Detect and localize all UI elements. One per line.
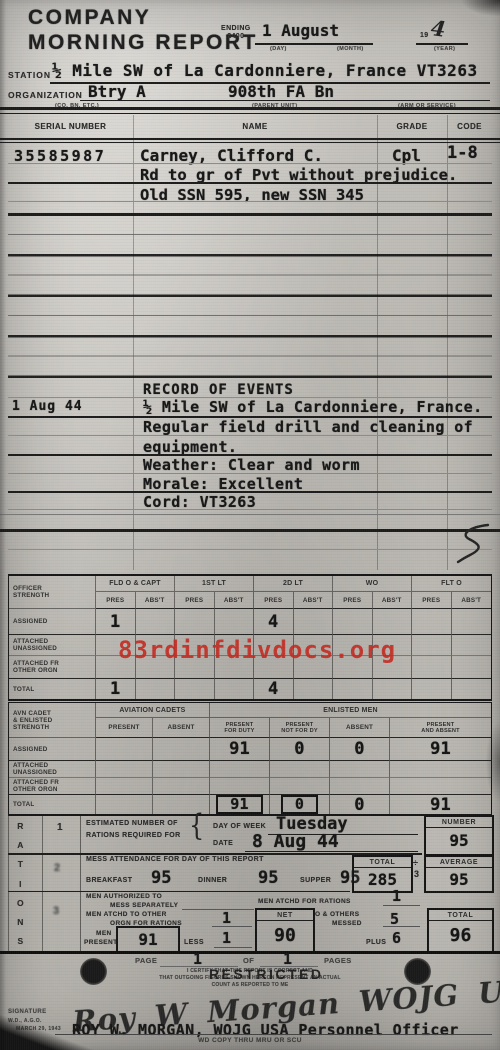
cell xyxy=(136,609,176,635)
station-label: STATION xyxy=(8,70,51,80)
cell xyxy=(215,609,255,635)
col-absent: ABSENT xyxy=(330,718,390,738)
enlisted-assigned-absent: 0 xyxy=(354,739,364,759)
subheader-abst: ABS'T xyxy=(215,592,255,609)
dinner-value: 95 xyxy=(258,868,278,888)
scan-artifact-left-edge xyxy=(0,0,6,1050)
organization-label: ORGANIZATION xyxy=(8,90,83,100)
subheader-pres: PRES xyxy=(175,592,215,609)
cell xyxy=(96,795,153,814)
group-fld-o-capt: FLD O & CAPT xyxy=(96,576,175,592)
less-label: LESS xyxy=(184,939,204,946)
less-value: 1 xyxy=(222,929,231,947)
rations-side-label: R A T I O N S xyxy=(17,817,24,951)
subheader-pres: PRES xyxy=(96,592,136,609)
enlisted-total-pfd: 91 xyxy=(216,795,262,814)
cell xyxy=(412,609,452,635)
mess-average-box: AVERAGE 95 xyxy=(424,855,494,893)
rations-item-2: 2 xyxy=(54,862,61,874)
cell xyxy=(330,778,390,795)
enlisted-total-pnfd: 0 xyxy=(281,795,318,814)
subheader-pres: PRES xyxy=(333,592,373,609)
col-header-code: CODE xyxy=(447,122,492,131)
cell xyxy=(96,761,153,778)
men-atchd-other-value: 1 xyxy=(222,909,231,927)
col-present-not-for-duty: PRESENT NOT FOR DY xyxy=(270,718,330,738)
row-label-total: TOTAL xyxy=(9,795,96,814)
rations-date-label: DATE xyxy=(213,840,233,847)
scan-artifact-top-right xyxy=(458,0,500,18)
cell xyxy=(452,609,492,635)
cell xyxy=(270,761,330,778)
roster-code-value: 1-8 xyxy=(447,143,478,163)
cell xyxy=(270,778,330,795)
cell xyxy=(412,656,452,679)
cell xyxy=(153,761,210,778)
year-handwritten-value: 4 xyxy=(430,15,448,42)
subheader-abst: ABS'T xyxy=(373,592,413,609)
group-flt-o: FLT O xyxy=(412,576,491,592)
group-aviation-cadets: AVIATION CADETS xyxy=(96,703,210,718)
number-box-value: 95 xyxy=(449,828,468,855)
row-label-attached-unassigned: ATTACHED UNASSIGNED xyxy=(9,761,96,778)
subheader-abst: ABS'T xyxy=(452,592,492,609)
cell xyxy=(96,738,153,761)
page-label: PAGE xyxy=(135,956,157,965)
col-present-for-duty: PRESENT FOR DUTY xyxy=(210,718,270,738)
breakfast-label: BREAKFAST xyxy=(86,877,132,884)
cell xyxy=(175,679,215,699)
cell xyxy=(330,761,390,778)
cell xyxy=(136,679,176,699)
day-sublabel: (DAY) xyxy=(270,46,287,52)
cell xyxy=(96,778,153,795)
cell xyxy=(210,761,270,778)
rations-grand-total-box: TOTAL 96 xyxy=(427,908,494,953)
subheader-pres: PRES xyxy=(254,592,294,609)
cell xyxy=(373,609,413,635)
record-of-events-title: RECORD OF EVENTS xyxy=(143,382,294,398)
cell xyxy=(215,679,255,699)
brace-glyph: { xyxy=(189,808,204,843)
men-authorized-label-2: MESS SEPARATELY xyxy=(110,902,178,909)
mess-total-label: TOTAL xyxy=(354,857,411,868)
scan-artifact-bottom-left xyxy=(0,1014,95,1050)
men-authorized-label-1: MEN AUTHORIZED TO xyxy=(86,893,162,900)
restricted-stamp: RESTRICTED xyxy=(209,966,323,982)
of-label: OF xyxy=(243,956,254,965)
men-present-value: 91 xyxy=(138,930,157,949)
officer-table-corner-label: OFFICER STRENGTH xyxy=(9,576,96,609)
officer-assigned-fld-pres: 1 xyxy=(110,612,120,632)
mess-average-label: AVERAGE xyxy=(426,857,492,868)
men-atchd-for-rations-value: 1 xyxy=(392,887,401,905)
mess-attendance-label: MESS ATTENDANCE FOR DAY OF THIS REPORT xyxy=(86,856,264,863)
col-header-grade: GRADE xyxy=(377,122,447,131)
officer-total-fld-pres: 1 xyxy=(110,679,120,699)
col-header-serial-number: SERIAL NUMBER xyxy=(8,122,133,131)
organization-unit-value: Btry A xyxy=(88,82,146,101)
form-title-line1: COMPANY xyxy=(28,6,151,30)
row-label-total: TOTAL xyxy=(9,679,96,699)
grand-total-value: 96 xyxy=(450,921,472,952)
row-label-attached-fr-other: ATTACHED FR OTHER ORGN xyxy=(9,656,96,679)
cell xyxy=(452,679,492,699)
cell xyxy=(390,778,491,795)
enlisted-strength-table: AVN CADET & ENLISTED STRENGTH AVIATION C… xyxy=(8,702,492,816)
cell xyxy=(153,778,210,795)
enlisted-total-pa: 91 xyxy=(430,795,451,815)
officer-assigned-2dlt-pres: 4 xyxy=(268,612,278,632)
net-label: NET xyxy=(257,910,313,921)
group-enlisted-men: ENLISTED MEN xyxy=(210,703,491,718)
enlisted-assigned-pnfd: 0 xyxy=(294,739,304,759)
events-line-4: Weather: Clear and worm xyxy=(143,456,360,474)
net-value: 90 xyxy=(274,921,296,952)
scan-artifact-right-edge xyxy=(486,722,500,802)
row-label-assigned: ASSIGNED xyxy=(9,609,96,635)
cell xyxy=(452,635,492,656)
events-line-2: Regular field drill and cleaning of xyxy=(143,418,473,436)
year-sublabel: (YEAR) xyxy=(434,46,455,52)
cell xyxy=(412,635,452,656)
cell xyxy=(153,738,210,761)
cell xyxy=(390,761,491,778)
men-present-label-1: MEN xyxy=(96,930,112,937)
men-present-box: 91 xyxy=(116,926,180,953)
col-present-and-absent: PRESENT AND ABSENT xyxy=(390,718,491,738)
mess-average-value: 95 xyxy=(449,868,468,892)
rations-date-value: 8 Aug 44 xyxy=(252,831,339,852)
rations-item-1: 1 xyxy=(57,822,63,833)
group-2d-lt: 2D LT xyxy=(254,576,333,592)
rations-item-3: 3 xyxy=(53,905,60,917)
cell xyxy=(210,778,270,795)
cell xyxy=(333,679,373,699)
station-value: ½ Mile SW of La Cardonniere, France VT32… xyxy=(52,61,478,80)
pages-label: PAGES xyxy=(324,956,352,965)
handwritten-s-mark xyxy=(456,522,492,564)
men-atchd-other-label-1: MEN ATCHD TO OTHER xyxy=(86,911,167,918)
mess-total-box: TOTAL 285 xyxy=(352,855,413,893)
col-cadets-absent: ABSENT xyxy=(153,718,210,738)
morning-report-form: COMPANY MORNING REPORT ENDING 2400 1 Aug… xyxy=(0,0,500,1050)
enlisted-table-corner-label: AVN CADET & ENLISTED STRENGTH xyxy=(9,703,96,738)
month-sublabel: (MONTH) xyxy=(337,46,364,52)
subheader-abst: ABS'T xyxy=(136,592,176,609)
net-box: NET 90 xyxy=(255,908,315,953)
group-wo: WO xyxy=(333,576,412,592)
divide-by-value: 3 xyxy=(414,869,419,879)
number-box-label: NUMBER xyxy=(426,817,492,828)
divide-sign: ÷ xyxy=(413,858,418,868)
cell xyxy=(333,609,373,635)
row-label-attached-unassigned: ATTACHED UNASSIGNED xyxy=(9,635,96,656)
men-atchd-for-rations-label: MEN ATCHD FOR RATIONS xyxy=(258,898,351,905)
group-1st-lt: 1ST LT xyxy=(175,576,254,592)
supper-label: SUPPER xyxy=(300,877,331,884)
row-label-attached-fr-other: ATTACHED FR OTHER ORGN xyxy=(9,778,96,795)
rations-number-box: NUMBER 95 xyxy=(424,815,494,856)
ending-2400-label: ENDING 2400 xyxy=(221,25,251,41)
site-watermark: 83rdinfdivdocs.org xyxy=(118,636,396,664)
cell xyxy=(175,609,215,635)
col-cadets-present: PRESENT xyxy=(96,718,153,738)
cell xyxy=(412,679,452,699)
subheader-abst: ABS'T xyxy=(294,592,334,609)
breakfast-value: 95 xyxy=(151,868,171,888)
punch-hole-left xyxy=(80,958,107,985)
enlisted-assigned-pfd: 91 xyxy=(229,739,250,759)
estimated-rations-label-1: ESTIMATED NUMBER OF xyxy=(86,820,178,827)
events-line-1: ½ Mile SW of La Cardonniere, France. xyxy=(143,398,483,416)
cell xyxy=(294,679,334,699)
page-value: 1 xyxy=(193,950,202,968)
plus-label: PLUS xyxy=(366,939,386,946)
others-messed-label-1: O & OTHERS xyxy=(315,911,359,918)
day-of-week-label: DAY OF WEEK xyxy=(213,823,266,830)
others-messed-label-2: MESSED xyxy=(332,920,362,927)
enlisted-assigned-pa: 91 xyxy=(430,739,451,759)
men-present-label-2: PRESENT xyxy=(84,939,118,946)
organization-parent-value: 908th FA Bn xyxy=(228,82,334,101)
events-date: 1 Aug 44 xyxy=(12,399,83,414)
estimated-rations-label-2: RATIONS REQUIRED FOR xyxy=(86,832,181,839)
row-label-assigned: ASSIGNED xyxy=(9,738,96,761)
dinner-label: DINNER xyxy=(198,877,227,884)
col-header-name: NAME xyxy=(133,122,377,131)
year-printed-prefix: 19 xyxy=(420,32,429,39)
enlisted-total-absent: 0 xyxy=(354,795,364,815)
wd-copy-note: WD COPY THRU MRU OR SCU xyxy=(150,1037,350,1044)
grand-total-label: TOTAL xyxy=(429,910,492,921)
cell xyxy=(373,679,413,699)
cell xyxy=(294,609,334,635)
plus-value: 6 xyxy=(392,929,401,947)
cell xyxy=(452,656,492,679)
blank-roster-rules xyxy=(8,216,492,386)
officer-total-2dlt-pres: 4 xyxy=(268,679,278,699)
report-date-value: 1 August xyxy=(262,21,339,40)
subheader-pres: PRES xyxy=(412,592,452,609)
